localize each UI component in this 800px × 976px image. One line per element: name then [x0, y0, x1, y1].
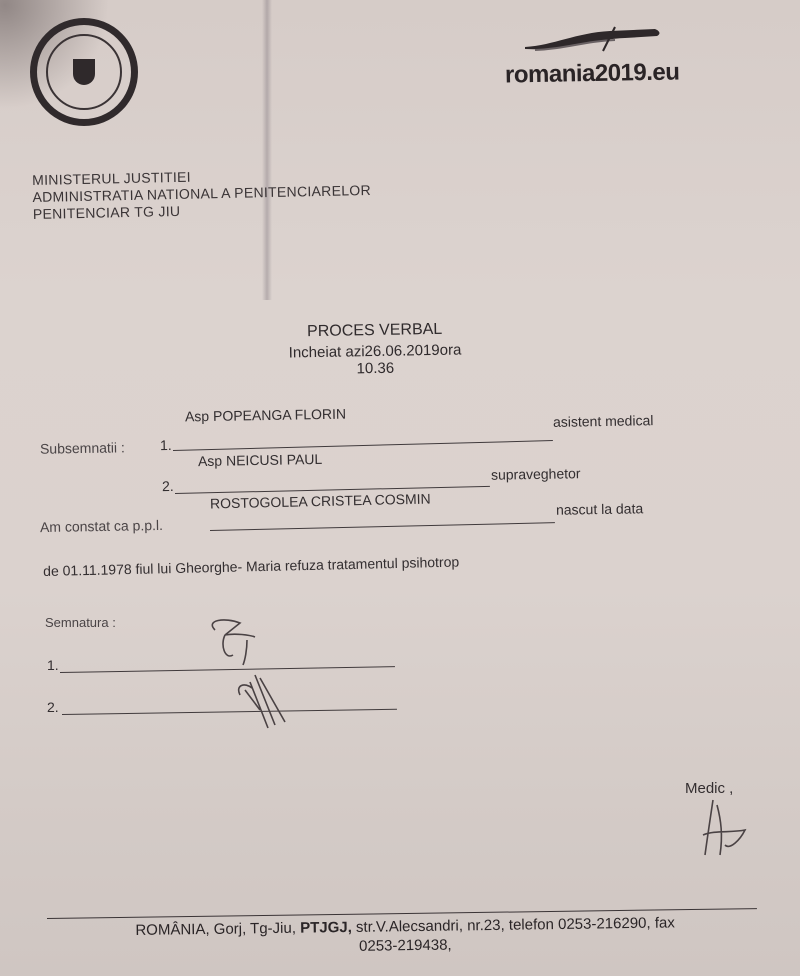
medic-signature-scribble-icon — [695, 795, 755, 860]
inmate-line — [210, 522, 555, 531]
crest-icon — [73, 59, 95, 85]
inmate-name: ROSTOGOLEA CRISTEA COSMIN — [210, 490, 431, 511]
signature-1-scribble-icon — [195, 615, 275, 675]
born-on-label: nascut la data — [556, 500, 643, 518]
finding-details: de 01.11.1978 fiul lui Gheorghe- Maria r… — [43, 554, 459, 579]
signature-2-number: 2. — [47, 699, 59, 715]
footer-address-phone: str.V.Alecsandri, nr.23, telefon 0253-21… — [352, 914, 675, 936]
signature-label: Semnatura : — [45, 615, 116, 630]
swoosh-logo-icon — [515, 25, 665, 55]
romania2019-logo: romania2019.eu — [505, 25, 675, 95]
undersigned-1-line — [173, 440, 553, 451]
footer-country: ROMÂNIA, Gorj, Tg-Jiu, — [135, 920, 300, 939]
undersigned-1-number: 1. — [160, 437, 172, 453]
undersigned-label: Subsemnatii : — [40, 439, 125, 456]
undersigned-2-name: Asp NEICUSI PAUL — [198, 451, 322, 469]
concluded-date: Incheiat azi26.06.2019ora 10.36 — [270, 341, 481, 379]
undersigned-2-number: 2. — [162, 478, 174, 494]
coat-of-arms-seal-icon — [30, 18, 138, 126]
undersigned-1-role: asistent medical — [553, 412, 654, 430]
institution-header: MINISTERUL JUSTITIEI ADMINISTRATIA NATIO… — [32, 165, 371, 223]
title-block: PROCES VERBAL Incheiat azi26.06.2019ora … — [270, 320, 481, 379]
finding-label: Am constat ca p.p.l. — [40, 517, 163, 535]
undersigned-1-name: Asp POPEANGA FLORIN — [185, 406, 346, 425]
seal-inner-ring — [46, 34, 122, 110]
document-page: romania2019.eu MINISTERUL JUSTITIEI ADMI… — [0, 0, 800, 976]
footer-institution-code: PTJGJ, — [300, 919, 352, 937]
logo-text: romania2019.eu — [505, 58, 680, 89]
document-title: PROCES VERBAL — [270, 320, 480, 342]
undersigned-2-role: supraveghetor — [491, 465, 581, 483]
signature-1-number: 1. — [47, 657, 59, 673]
signature-2-scribble-icon — [230, 670, 300, 735]
paper-fold — [262, 0, 272, 300]
footer-address: ROMÂNIA, Gorj, Tg-Jiu, PTJGJ, str.V.Alec… — [60, 912, 750, 960]
